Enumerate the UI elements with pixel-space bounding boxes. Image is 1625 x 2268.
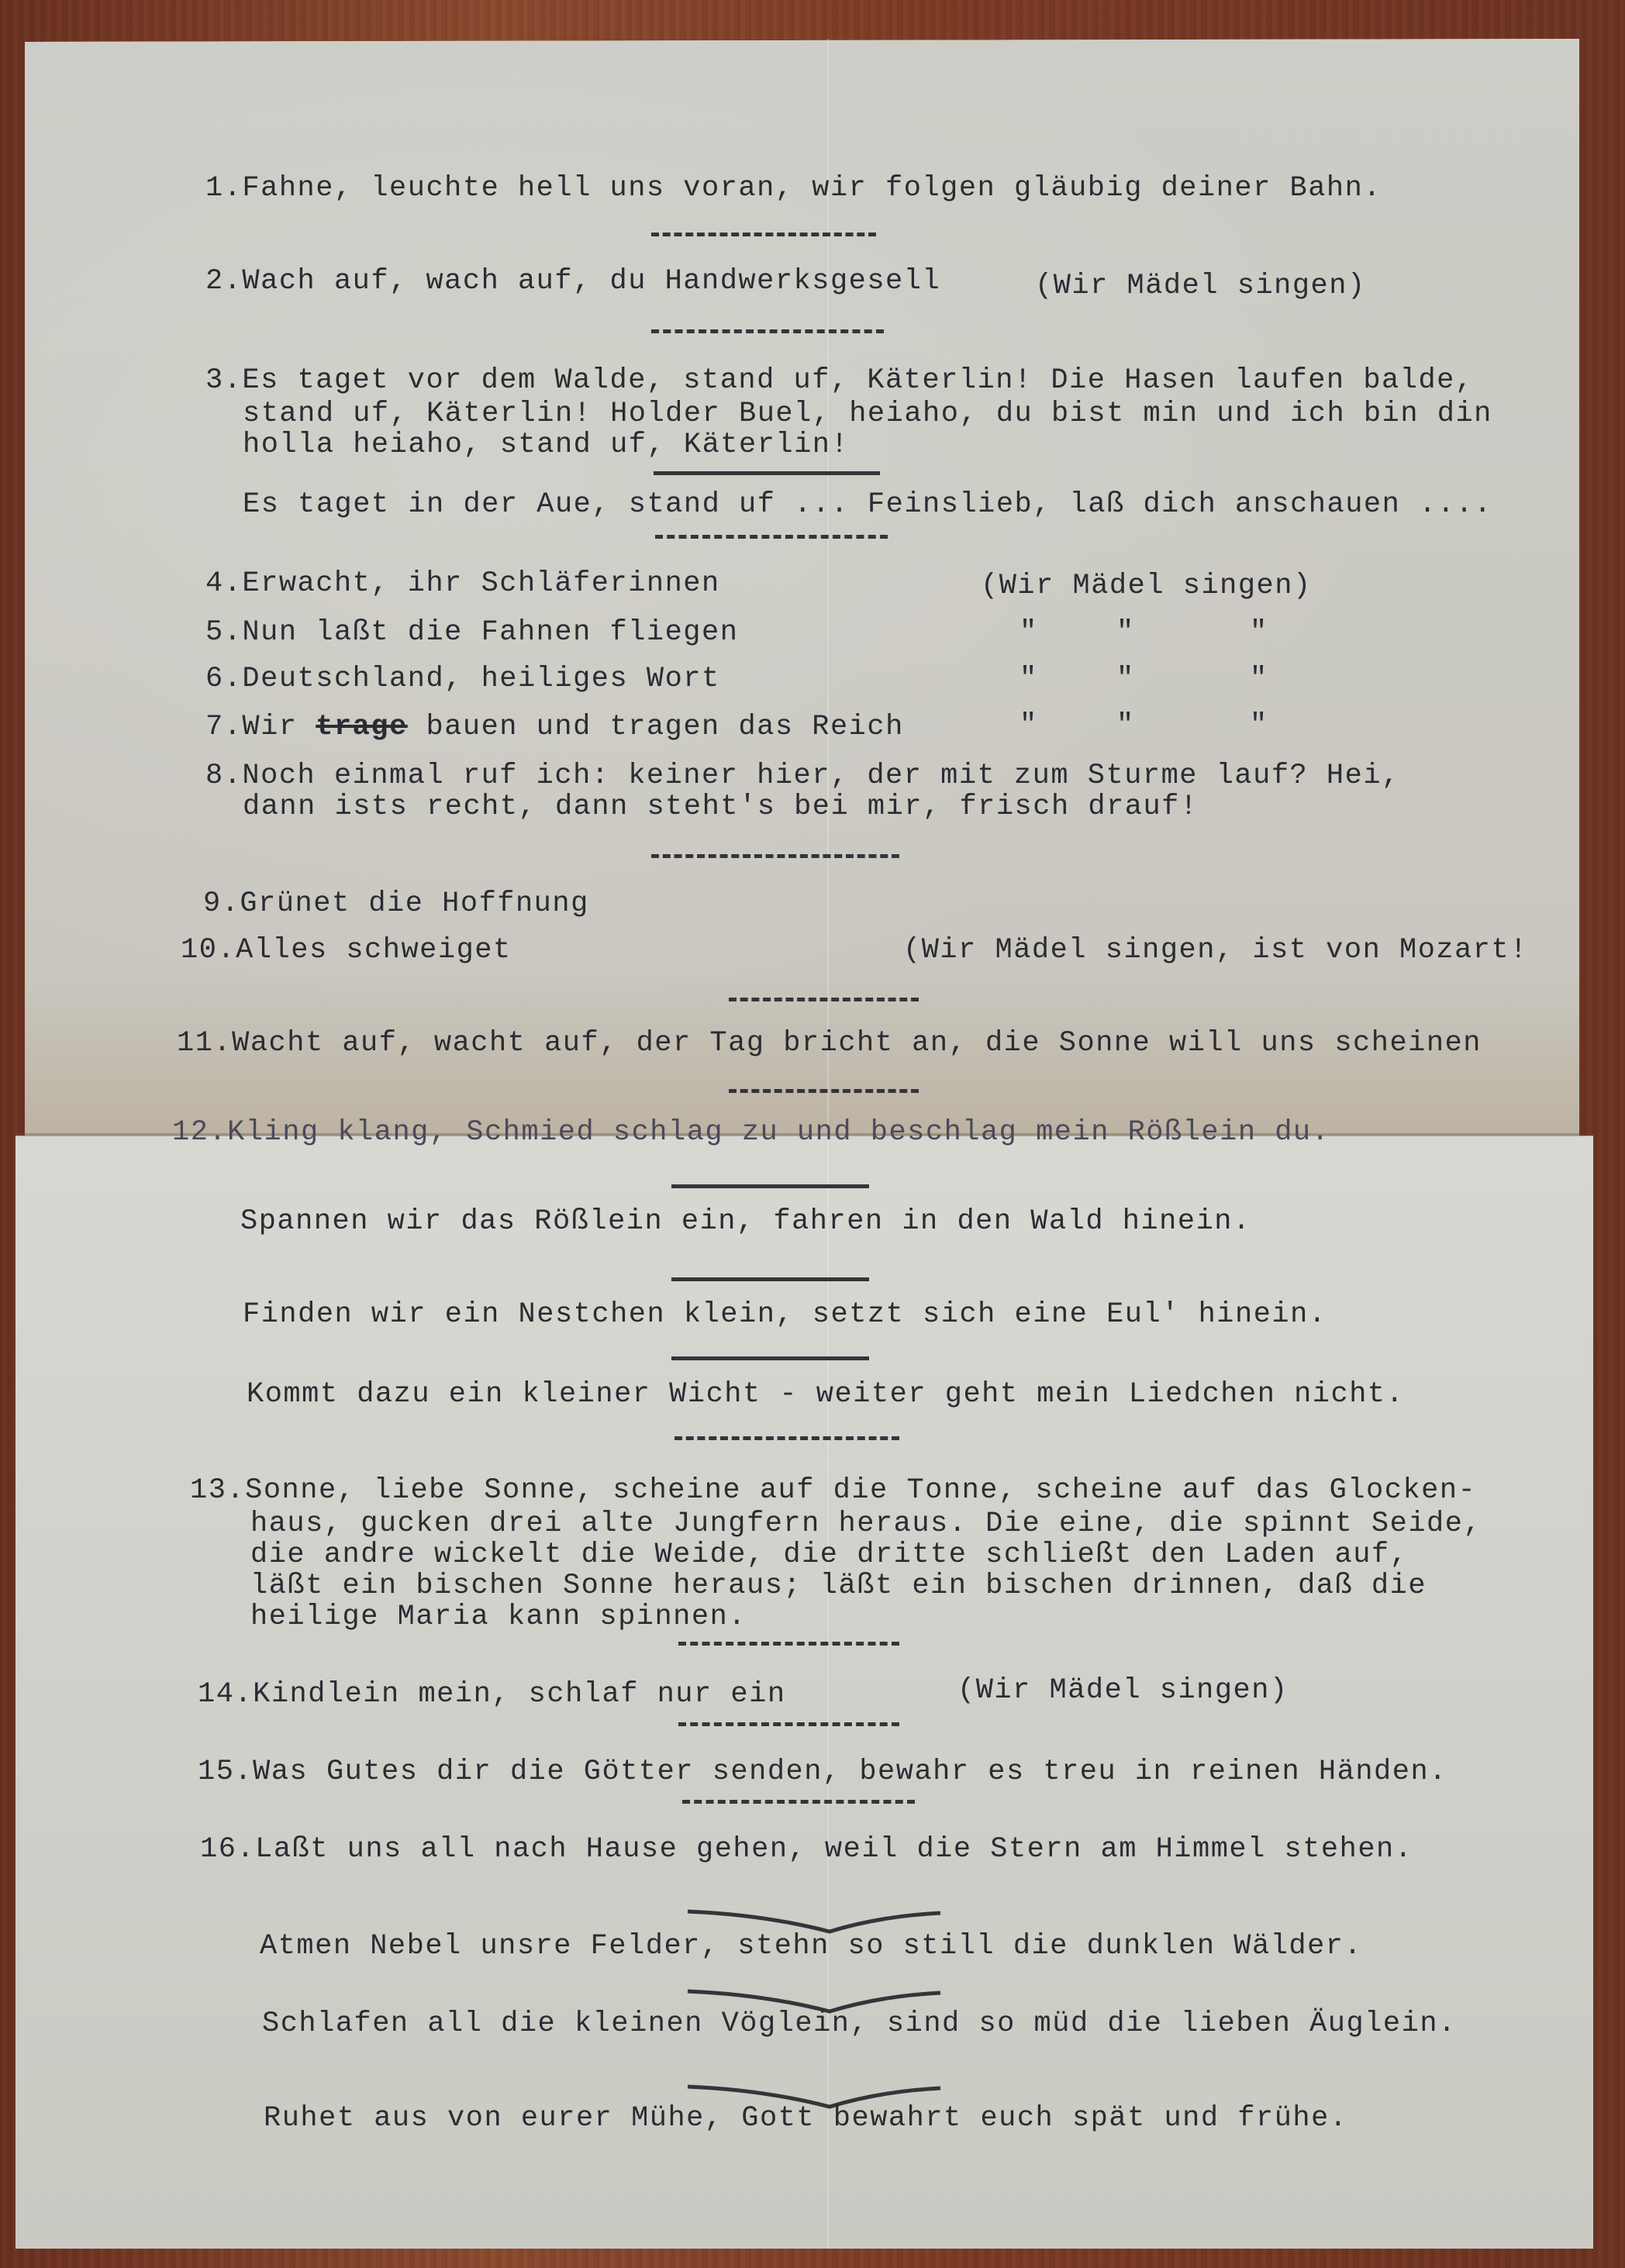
ditto-mark: " xyxy=(1020,616,1038,649)
struck-out-word: trage xyxy=(316,711,408,743)
ditto-mark: " xyxy=(1116,663,1135,695)
item-number: 11. xyxy=(177,1027,232,1060)
typewritten-song-list: 1.Fahne, leuchte hell uns voran, wir fol… xyxy=(0,0,1625,2268)
song-title: Was Gutes dir die Götter senden, bewahr … xyxy=(253,1756,1447,1788)
song-item-9: 9.Grünet die Hoffnung xyxy=(203,888,589,920)
separator xyxy=(671,1277,869,1281)
item-number: 7. xyxy=(205,711,242,743)
item-number: 16. xyxy=(200,1833,255,1866)
song-title: Nun laßt die Fahnen fliegen xyxy=(242,616,738,649)
song-item-3: 3.Es taget vor dem Walde, stand uf, Käte… xyxy=(205,364,1474,397)
separator xyxy=(651,329,884,333)
separator xyxy=(655,535,888,539)
item-number: 1. xyxy=(205,172,242,205)
song-title: Kling klang, Schmied schlag zu und besch… xyxy=(227,1116,1330,1149)
song-verse: Spannen wir das Rößlein ein, fahren in d… xyxy=(240,1205,1251,1238)
item-number: 6. xyxy=(205,663,242,695)
song-title: Wacht auf, wacht auf, der Tag bricht an,… xyxy=(232,1027,1482,1060)
item-number: 15. xyxy=(198,1756,253,1788)
song-note: (Wir Mädel singen) xyxy=(957,1674,1289,1707)
item-number: 5. xyxy=(205,616,242,649)
song-title: Grünet die Hoffnung xyxy=(240,888,588,920)
song-text-line: heilige Maria kann spinnen. xyxy=(250,1601,747,1633)
song-title: Erwacht, ihr Schläferinnen xyxy=(242,567,719,600)
song-verse: Es taget in der Aue, stand uf ... Feinsl… xyxy=(243,488,1492,521)
song-title: Wach auf, wach auf, du Handwerksgesell xyxy=(242,265,940,298)
item-number: 3. xyxy=(205,364,242,397)
song-item-10: 10.Alles schweiget xyxy=(181,934,512,967)
ditto-mark: " xyxy=(1250,709,1268,742)
item-number: 10. xyxy=(181,934,236,967)
song-text-line: stand uf, Käterlin! Holder Buel, heiaho,… xyxy=(243,398,1492,430)
separator xyxy=(651,233,876,236)
song-text-line: haus, gucken drei alte Jungfern heraus. … xyxy=(250,1508,1482,1540)
song-title-prefix: Wir xyxy=(242,711,316,743)
item-number: 13. xyxy=(190,1474,245,1507)
separator xyxy=(654,471,880,475)
song-note: (Wir Mädel singen) xyxy=(981,570,1312,602)
song-text-line: läßt ein bischen Sonne heraus; läßt ein … xyxy=(250,1570,1427,1602)
song-text-line: dann ists recht, dann steht's bei mir, f… xyxy=(243,791,1199,823)
song-verse: Kommt dazu ein kleiner Wicht - weiter ge… xyxy=(247,1378,1404,1411)
song-item-7: 7.Wir trage bauen und tragen das Reich xyxy=(205,711,904,743)
ditto-mark: " xyxy=(1020,709,1038,742)
song-verse: Schlafen all die kleinen Vöglein, sind s… xyxy=(262,2008,1457,2040)
item-number: 2. xyxy=(205,265,242,298)
ditto-mark: " xyxy=(1250,663,1268,695)
song-item-8: 8.Noch einmal ruf ich: keiner hier, der … xyxy=(205,760,1400,792)
song-title: Deutschland, heiliges Wort xyxy=(242,663,719,695)
song-item-14: 14.Kindlein mein, schlaf nur ein xyxy=(198,1678,786,1711)
song-item-5: 5.Nun laßt die Fahnen fliegen xyxy=(205,616,738,649)
song-text-line: Es taget vor dem Walde, stand uf, Käterl… xyxy=(242,364,1473,397)
song-text-line: die andre wickelt die Weide, die dritte … xyxy=(250,1539,1408,1571)
song-text-line: holla heiaho, stand uf, Käterlin! xyxy=(243,429,849,461)
separator xyxy=(729,998,919,1001)
song-title: bauen und tragen das Reich xyxy=(408,711,904,743)
song-text-line: Sonne, liebe Sonne, scheine auf die Tonn… xyxy=(245,1474,1476,1507)
ditto-mark: " xyxy=(1020,663,1038,695)
ditto-mark: " xyxy=(1250,616,1268,649)
song-title: Fahne, leuchte hell uns voran, wir folge… xyxy=(242,172,1382,205)
item-number: 9. xyxy=(203,888,240,920)
song-verse: Finden wir ein Nestchen klein, setzt sic… xyxy=(243,1298,1327,1331)
separator xyxy=(678,1722,899,1726)
song-title: Laßt uns all nach Hause gehen, weil die … xyxy=(255,1833,1413,1866)
separator xyxy=(682,1800,915,1804)
separator xyxy=(729,1089,919,1093)
song-title: Alles schweiget xyxy=(236,934,512,967)
song-verse: Ruhet aus von eurer Mühe, Gott bewahrt e… xyxy=(264,2102,1348,2135)
separator xyxy=(674,1436,899,1440)
song-item-4: 4.Erwacht, ihr Schläferinnen xyxy=(205,567,720,600)
ditto-mark: " xyxy=(1116,616,1135,649)
song-item-13: 13.Sonne, liebe Sonne, scheine auf die T… xyxy=(190,1474,1476,1507)
song-item-16: 16.Laßt uns all nach Hause gehen, weil d… xyxy=(200,1833,1413,1866)
song-item-15: 15.Was Gutes dir die Götter senden, bewa… xyxy=(198,1756,1447,1788)
song-item-11: 11.Wacht auf, wacht auf, der Tag bricht … xyxy=(177,1027,1482,1060)
song-text-line: Noch einmal ruf ich: keiner hier, der mi… xyxy=(242,760,1399,792)
song-note: (Wir Mädel singen, ist von Mozart! xyxy=(903,934,1528,967)
ditto-mark: " xyxy=(1116,709,1135,742)
separator xyxy=(651,854,899,858)
separator xyxy=(671,1184,869,1188)
song-note: (Wir Mädel singen) xyxy=(1035,270,1366,302)
song-item-1: 1.Fahne, leuchte hell uns voran, wir fol… xyxy=(205,172,1382,205)
separator xyxy=(671,1356,869,1360)
item-number: 12. xyxy=(172,1116,227,1149)
item-number: 8. xyxy=(205,760,242,792)
item-number: 4. xyxy=(205,567,242,600)
song-item-12: 12.Kling klang, Schmied schlag zu und be… xyxy=(172,1116,1330,1149)
song-item-2: 2.Wach auf, wach auf, du Handwerksgesell xyxy=(205,265,940,298)
song-title: Kindlein mein, schlaf nur ein xyxy=(253,1678,785,1711)
item-number: 14. xyxy=(198,1678,253,1711)
separator xyxy=(678,1642,899,1646)
song-verse: Atmen Nebel unsre Felder, stehn so still… xyxy=(260,1930,1362,1963)
song-item-6: 6.Deutschland, heiliges Wort xyxy=(205,663,720,695)
